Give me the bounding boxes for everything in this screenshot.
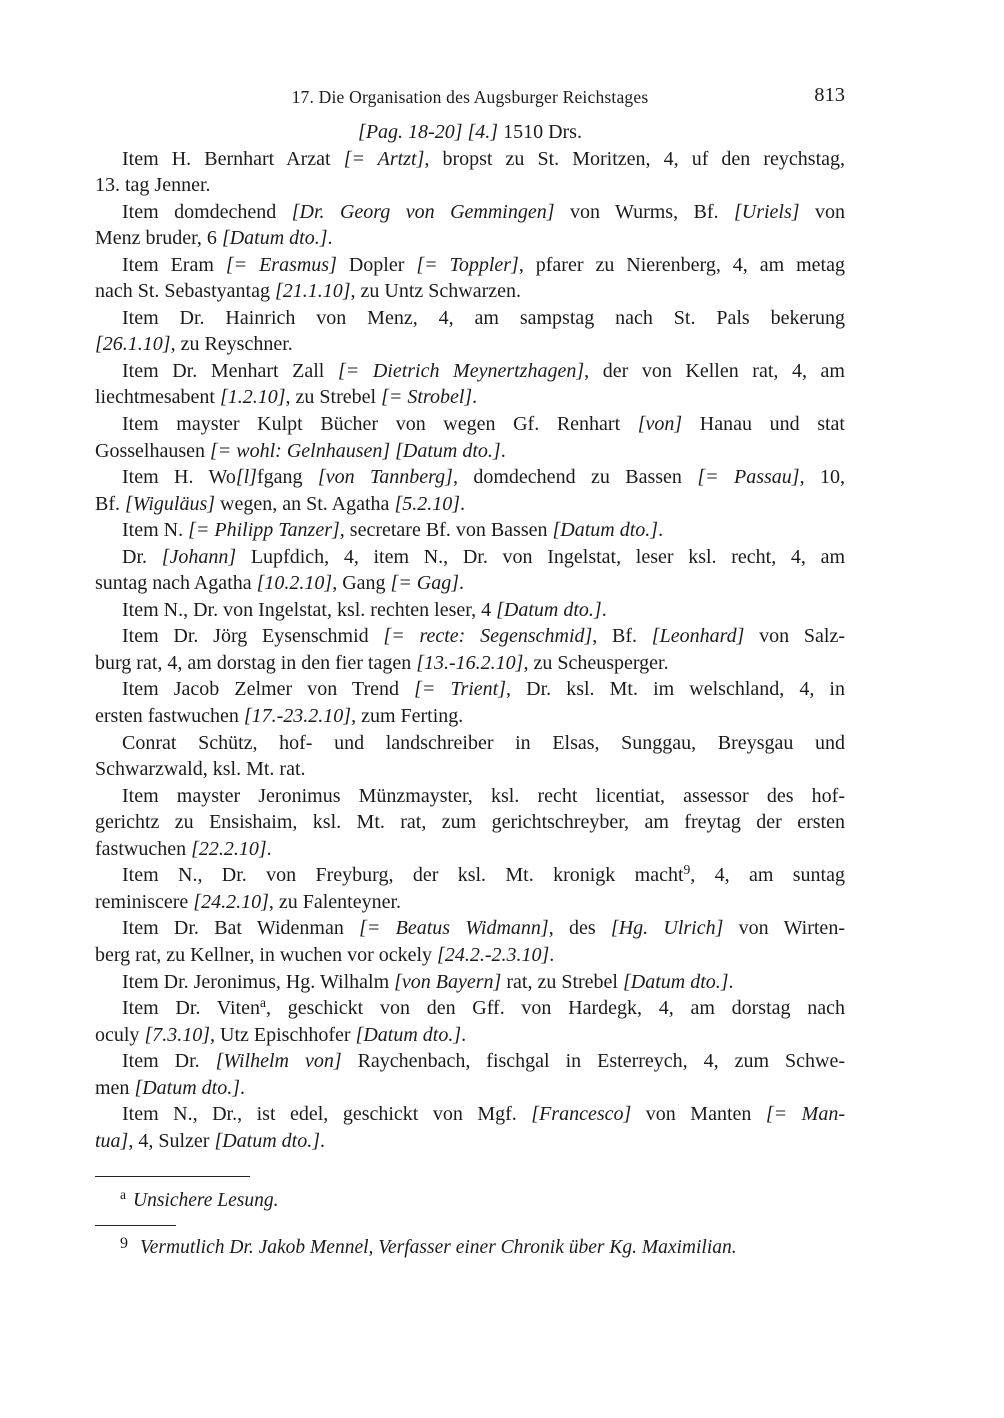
text-run: Item Dr. Hainrich von Menz, 4, am sampst… <box>122 307 845 329</box>
text-line: Item N. [= Philipp Tanzer], secretare Bf… <box>95 517 845 544</box>
text-line: Item Dr. Hainrich von Menz, 4, am sampst… <box>95 305 845 332</box>
text-run: [= Artzt] <box>344 148 425 170</box>
text-run: Item Jacob Zelmer von Trend <box>122 678 414 700</box>
text-run: von Wirten- <box>723 917 845 939</box>
text-run: , 10, <box>800 466 845 488</box>
text-line: reminiscere [24.2.10], zu Falenteyner. <box>95 889 845 916</box>
text-line: Item Dr. Menhart Zall [= Dietrich Meyner… <box>95 358 845 385</box>
text-line: Item mayster Kulpt Bücher von wegen Gf. … <box>95 411 845 438</box>
text-run: von Salz- <box>744 625 845 647</box>
text-run: Item domdechend <box>122 201 292 223</box>
text-run: [Wilhelm von] <box>216 1050 342 1072</box>
text-run: . <box>729 971 734 993</box>
text-line: Item Dr. [Wilhelm von] Raychenbach, fisc… <box>95 1048 845 1075</box>
text-run: . <box>658 519 663 541</box>
text-run: , Bf. <box>592 625 652 647</box>
text-run: [= Dietrich Meynertzhagen] <box>338 360 584 382</box>
text-run: , zu Untz Schwarzen. <box>351 280 522 302</box>
text-line: men [Datum dto.]. <box>95 1075 845 1102</box>
text-run: [Datum dto.] <box>356 1024 462 1046</box>
page-number: 813 <box>814 84 845 107</box>
text-run: , zu Reyschner. <box>171 333 293 355</box>
text-run: [= Passau] <box>697 466 799 488</box>
text-run: [= Toppler] <box>416 254 519 276</box>
text-line: suntag nach Agatha [10.2.10], Gang [= Ga… <box>95 570 845 597</box>
text-line: Item Dr. Vitena, geschickt von den Gff. … <box>95 995 845 1022</box>
text-run: [= Gag] <box>391 572 460 594</box>
text-line: Conrat Schütz, hof- und landschreiber in… <box>95 730 845 757</box>
text-run: von Wurms, Bf. <box>555 201 734 223</box>
footnote-text: Unsichere Lesung. <box>133 1190 279 1211</box>
text-run: [Leonhard] <box>652 625 745 647</box>
text-run: 1510 Drs. <box>498 121 582 143</box>
text-run: [Datum dto.] <box>496 599 602 621</box>
text-line: tua], 4, Sulzer [Datum dto.]. <box>95 1128 845 1155</box>
text-line: burg rat, 4, am dorstag in den fier tage… <box>95 650 845 677</box>
text-run: 13. tag Jenner. <box>95 174 211 196</box>
text-run: [7.3.10] <box>144 1024 210 1046</box>
footnote-marker: a <box>120 1182 126 1208</box>
text-run: Lupfdich, 4, item N., Dr. von Ingelstat,… <box>236 546 845 568</box>
text-run: [Dr. Georg von Gemmingen] <box>292 201 555 223</box>
text-run: , geschickt von den Gff. von Hardegk, 4,… <box>266 997 845 1019</box>
text-line: gerichtz zu Ensishaim, ksl. Mt. rat, zum… <box>95 809 845 836</box>
text-run: . <box>328 227 333 249</box>
text-run: Menz bruder, 6 <box>95 227 222 249</box>
text-run: Raychenbach, fischgal in Esterreych, 4, … <box>342 1050 845 1072</box>
text-line: Item Eram [= Erasmus] Dopler [= Toppler]… <box>95 252 845 279</box>
text-run: . <box>472 386 477 408</box>
text-run: fastwuchen <box>95 838 191 860</box>
text-run: [von Bayern] <box>394 971 501 993</box>
text-run: [24.2.10] <box>193 891 269 913</box>
text-run: [13.-16.2.10] <box>416 652 523 674</box>
footnote: aUnsichere Lesung. <box>95 1176 845 1214</box>
text-run: [= wohl: Gelnhausen] <box>210 440 390 462</box>
text-run: , 4, am suntag <box>690 864 845 886</box>
text-run: [21.1.10] <box>275 280 351 302</box>
text-line: [Pag. 18-20] [4.] 1510 Drs. <box>95 119 845 146</box>
text-run: , zu Strebel <box>286 386 382 408</box>
text-line: Schwarzwald, ksl. Mt. rat. <box>95 756 845 783</box>
text-run: [Hg. Ulrich] <box>611 917 724 939</box>
text-run: Item N., Dr., ist edel, geschickt von Mg… <box>122 1103 531 1125</box>
text-run: Item Dr. Menhart Zall <box>122 360 338 382</box>
text-run: , 4, Sulzer <box>128 1130 214 1152</box>
text-run: rat, zu Strebel <box>501 971 623 993</box>
text-run: [= Erasmus] <box>226 254 337 276</box>
text-run: , pfarer zu Nierenberg, 4, am metag <box>519 254 845 276</box>
text-run: Schwarzwald, ksl. Mt. rat. <box>95 758 306 780</box>
text-run: [von Tannberg] <box>318 466 453 488</box>
text-line: Item H. Wo[l]fgang [von Tannberg], domde… <box>95 464 845 491</box>
text-run: Item Dr. Viten <box>122 997 260 1019</box>
text-run: liechtmesabent <box>95 386 220 408</box>
text-line: liechtmesabent [1.2.10], zu Strebel [= S… <box>95 384 845 411</box>
text-run: [Francesco] <box>531 1103 631 1125</box>
footnote-rule <box>95 1176 250 1177</box>
text-run: Item N., Dr. von Ingelstat, ksl. rechten… <box>122 599 496 621</box>
text-run: Hanau und stat <box>682 413 845 435</box>
text-line: ersten fastwuchen [17.-23.2.10], zum Fer… <box>95 703 845 730</box>
text-run: [= Philipp Tanzer] <box>188 519 340 541</box>
text-run: . <box>602 599 607 621</box>
text-run: [= recte: Segenschmid] <box>383 625 592 647</box>
text-run: [= Man- <box>766 1103 845 1125</box>
text-run: [von] <box>638 413 682 435</box>
running-header: 17. Die Organisation des Augsburger Reic… <box>95 84 845 110</box>
text-line: Bf. [Wiguläus] wegen, an St. Agatha [5.2… <box>95 491 845 518</box>
footnote-text-line: 9Vermutlich Dr. Jakob Mennel, Verfasser … <box>95 1231 845 1261</box>
text-run: wegen, an St. Agatha <box>215 493 394 515</box>
text-run: . <box>460 493 465 515</box>
text-run: Item Dr. Bat Widenman <box>122 917 359 939</box>
footnotes-section: aUnsichere Lesung.9Vermutlich Dr. Jakob … <box>95 1176 845 1261</box>
text-line: Item domdechend [Dr. Georg von Gemmingen… <box>95 199 845 226</box>
text-run: Bf. <box>95 493 125 515</box>
text-line: Dr. [Johann] Lupfdich, 4, item N., Dr. v… <box>95 544 845 571</box>
text-run: , domdechend zu Bassen <box>453 466 697 488</box>
text-run: Item H. Wo <box>122 466 236 488</box>
text-run: [Datum dto.] <box>395 440 501 462</box>
text-run: Item Dr. Jörg Eysenschmid <box>122 625 383 647</box>
text-run: . <box>320 1130 325 1152</box>
text-run: Item Dr. Jeronimus, Hg. Wilhalm <box>122 971 394 993</box>
text-run: , Dr. ksl. Mt. im welschland, 4, in <box>506 678 845 700</box>
text-run: [Datum dto.] <box>214 1130 320 1152</box>
text-run: Conrat Schütz, hof- und landschreiber in… <box>122 732 845 754</box>
text-line: [26.1.10], zu Reyschner. <box>95 331 845 358</box>
text-run: . <box>461 1024 466 1046</box>
text-line: berg rat, zu Kellner, in wuchen vor ocke… <box>95 942 845 969</box>
text-run: [4.] <box>467 121 498 143</box>
text-line: fastwuchen [22.2.10]. <box>95 836 845 863</box>
text-run: suntag nach Agatha <box>95 572 257 594</box>
text-line: Menz bruder, 6 [Datum dto.]. <box>95 225 845 252</box>
text-run: Item H. Bernhart Arzat <box>122 148 344 170</box>
text-run: , des <box>549 917 611 939</box>
text-run: von Manten <box>631 1103 766 1125</box>
text-run: men <box>95 1077 134 1099</box>
text-run: Item N., Dr. von Freyburg, der ksl. Mt. … <box>122 864 684 886</box>
text-run: [Wiguläus] <box>125 493 215 515</box>
text-run: tua] <box>95 1130 128 1152</box>
text-run: von <box>800 201 845 223</box>
text-line: nach St. Sebastyantag [21.1.10], zu Untz… <box>95 278 845 305</box>
text-run: Dopler <box>337 254 416 276</box>
text-run: [1.2.10] <box>220 386 286 408</box>
text-run: oculy <box>95 1024 144 1046</box>
text-run: . <box>267 838 272 860</box>
text-run: , Utz Epischhofer <box>210 1024 356 1046</box>
text-run: berg rat, zu Kellner, in wuchen vor ocke… <box>95 944 437 966</box>
text-run: Item mayster Jeronimus Münzmayster, ksl.… <box>122 785 845 807</box>
text-run: Item Eram <box>122 254 226 276</box>
text-line: oculy [7.3.10], Utz Epischhofer [Datum d… <box>95 1022 845 1049</box>
footnote-text-line: aUnsichere Lesung. <box>95 1182 845 1214</box>
text-run: reminiscere <box>95 891 193 913</box>
text-line: Item N., Dr., ist edel, geschickt von Mg… <box>95 1101 845 1128</box>
text-line: Item Jacob Zelmer von Trend [= Trient], … <box>95 676 845 703</box>
text-run: [Datum dto.] <box>623 971 729 993</box>
text-run: [17.-23.2.10] <box>244 705 351 727</box>
text-run: , bropst zu St. Moritzen, 4, uf den reyc… <box>424 148 845 170</box>
footnote-text: Vermutlich Dr. Jakob Mennel, Verfasser e… <box>140 1237 737 1258</box>
text-run: , zu Scheusperger. <box>523 652 668 674</box>
text-run: [= Beatus Widmann] <box>359 917 549 939</box>
text-run: [Datum dto.] <box>553 519 659 541</box>
text-line: 13. tag Jenner. <box>95 172 845 199</box>
chapter-title: 17. Die Organisation des Augsburger Reic… <box>95 87 845 108</box>
text-run: [Pag. 18-20] <box>358 121 462 143</box>
text-run: Gosselhausen <box>95 440 210 462</box>
text-line: Item N., Dr. von Ingelstat, ksl. rechten… <box>95 597 845 624</box>
text-run: . <box>549 944 554 966</box>
text-run: , der von Kellen rat, 4, am <box>584 360 845 382</box>
text-run: Item N. <box>122 519 188 541</box>
text-run: [Uriels] <box>734 201 800 223</box>
text-run: burg rat, 4, am dorstag in den fier tage… <box>95 652 416 674</box>
text-run: . <box>501 440 506 462</box>
text-line: Item Dr. Jörg Eysenschmid [= recte: Sege… <box>95 623 845 650</box>
text-run: [Datum dto.] <box>222 227 328 249</box>
text-run: , zu Falenteyner. <box>269 891 401 913</box>
text-run: [l] <box>236 466 257 488</box>
text-run: , Gang <box>332 572 390 594</box>
body-paragraphs: [Pag. 18-20] [4.] 1510 Drs.Item H. Bernh… <box>95 119 845 1154</box>
text-run: , secretare Bf. von Bassen <box>340 519 553 541</box>
text-run: . <box>459 572 464 594</box>
text-run: gerichtz zu Ensishaim, ksl. Mt. rat, zum… <box>95 811 845 833</box>
footnote: 9Vermutlich Dr. Jakob Mennel, Verfasser … <box>95 1225 845 1261</box>
text-run: [10.2.10] <box>257 572 333 594</box>
text-line: Item mayster Jeronimus Münzmayster, ksl.… <box>95 783 845 810</box>
text-run: . <box>240 1077 245 1099</box>
text-line: Item N., Dr. von Freyburg, der ksl. Mt. … <box>95 862 845 889</box>
text-line: Gosselhausen [= wohl: Gelnhausen] [Datum… <box>95 438 845 465</box>
text-run: fgang <box>257 466 318 488</box>
text-line: Item H. Bernhart Arzat [= Artzt], bropst… <box>95 146 845 173</box>
text-run: , zum Ferting. <box>351 705 463 727</box>
text-run: [24.2.-2.3.10] <box>437 944 549 966</box>
footnote-marker: 9 <box>120 1231 128 1257</box>
text-run: nach St. Sebastyantag <box>95 280 275 302</box>
footnote-rule <box>95 1225 176 1226</box>
book-page: 17. Die Organisation des Augsburger Reic… <box>0 0 1004 1418</box>
text-run: Item Dr. <box>122 1050 216 1072</box>
text-run: [Datum dto.] <box>134 1077 240 1099</box>
text-run: [= Trient] <box>414 678 506 700</box>
text-run: ersten fastwuchen <box>95 705 244 727</box>
text-run: [= Strobel] <box>381 386 472 408</box>
text-run: [22.2.10] <box>191 838 267 860</box>
text-line: Item Dr. Jeronimus, Hg. Wilhalm [von Bay… <box>95 969 845 996</box>
text-run: Dr. <box>122 546 162 568</box>
text-run: [5.2.10] <box>394 493 460 515</box>
text-run: [26.1.10] <box>95 333 171 355</box>
text-run: Item mayster Kulpt Bücher von wegen Gf. … <box>122 413 638 435</box>
text-run: [Johann] <box>162 546 236 568</box>
text-line: Item Dr. Bat Widenman [= Beatus Widmann]… <box>95 915 845 942</box>
